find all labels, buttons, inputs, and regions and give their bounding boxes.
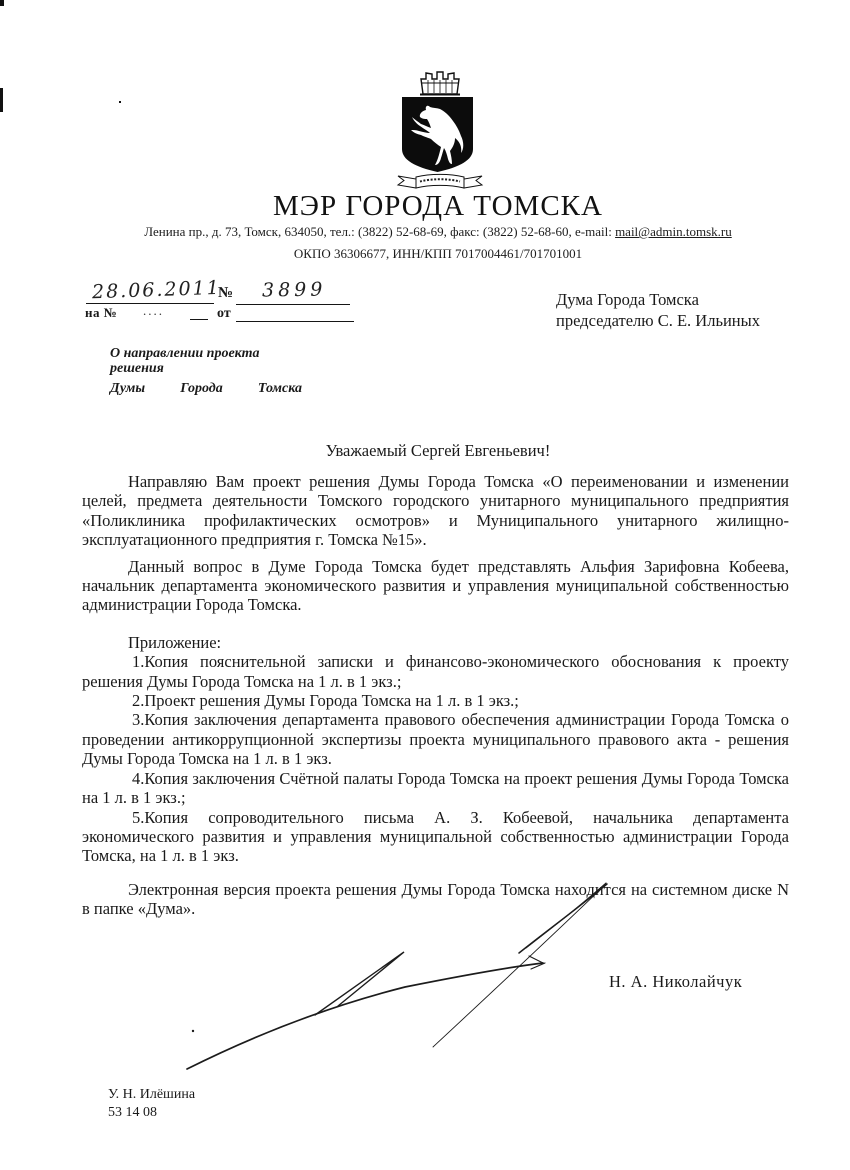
email-link[interactable]: mail@admin.tomsk.ru	[615, 224, 732, 239]
paragraph: Данный вопрос в Думе Города Томска будет…	[82, 557, 789, 615]
from-date-underline	[236, 321, 354, 322]
tomsk-coat-of-arms-icon	[390, 66, 490, 192]
from-date-label: от	[217, 306, 231, 322]
item-number: 2.	[107, 691, 144, 710]
scan-artifact	[0, 0, 4, 6]
dotted-placeholder: ....	[143, 303, 164, 319]
item-number: 5.	[107, 808, 144, 827]
item-text: Копия пояснительной записки и финансово-…	[82, 652, 789, 690]
reply-to-number-label: на №	[85, 305, 117, 321]
executor-name: У. Н. Илёшина	[108, 1086, 195, 1104]
scanned-letter-page: МЭР ГОРОДА ТОМСКА Ленина пр., д. 73, Том…	[0, 0, 850, 1170]
letter-body: Направляю Вам проект решения Думы Города…	[82, 472, 789, 919]
number-sign-label: №	[218, 285, 233, 302]
attachment-item: 2.Проект решения Думы Города Томска на 1…	[82, 691, 789, 710]
item-text: Копия заключения департамента правового …	[82, 710, 789, 768]
scan-artifact	[0, 88, 3, 112]
salutation: Уважаемый Сергей Евгеньевич!	[13, 441, 850, 461]
subject-word: Томска	[258, 381, 302, 396]
registration-codes: ОКПО 36306677, ИНН/КПП 7017004461/701701…	[13, 246, 850, 262]
subject-word: Думы	[110, 381, 145, 396]
executor-phone: 53 14 08	[108, 1104, 195, 1122]
attachments-label: Приложение:	[82, 633, 789, 652]
contact-line: Ленина пр., д. 73, Томск, 634050, тел.: …	[13, 224, 850, 240]
reply-number-underline	[190, 319, 208, 320]
attachment-item: 4.Копия заключения Счётной палаты Города…	[82, 769, 789, 808]
handwritten-outgoing-number: 3899	[262, 278, 327, 301]
item-text: Копия заключения Счётной палаты Города Т…	[82, 769, 789, 807]
subject-block: О направлении проекта решения Думы Город…	[110, 346, 307, 396]
recipient-block: Дума Города Томска председателю С. Е. Ил…	[556, 289, 760, 331]
item-text: Копия сопроводительного письма А. З. Коб…	[82, 808, 789, 866]
paragraph: Направляю Вам проект решения Думы Города…	[82, 472, 789, 550]
item-number: 3.	[107, 710, 144, 729]
attachment-item: 1.Копия пояснительной записки и финансов…	[82, 652, 789, 691]
handwritten-date: 28.06.2011	[92, 277, 221, 303]
subject-line1: О направлении проекта решения	[110, 346, 307, 376]
item-number: 4.	[107, 769, 144, 788]
paragraph: Электронная версия проекта решения Думы …	[82, 880, 789, 919]
number-underline	[236, 304, 350, 305]
scan-artifact	[119, 101, 121, 103]
executor-block: У. Н. Илёшина 53 14 08	[108, 1086, 195, 1122]
attachment-item: 5.Копия сопроводительного письма А. З. К…	[82, 808, 789, 866]
subject-line2: Думы Города Томска	[110, 381, 302, 396]
organization-title: МЭР ГОРОДА ТОМСКА	[13, 190, 850, 223]
attachment-item: 3.Копия заключения департамента правовог…	[82, 710, 789, 768]
recipient-organization: Дума Города Томска	[556, 289, 760, 310]
address-text: Ленина пр., д. 73, Томск, 634050, тел.: …	[144, 224, 615, 239]
item-text: Проект решения Думы Города Томска на 1 л…	[144, 691, 519, 710]
item-number: 1.	[107, 652, 144, 671]
recipient-person: председателю С. Е. Ильиных	[556, 310, 760, 331]
signer-name: Н. А. Николайчук	[609, 972, 742, 992]
subject-word: Города	[180, 381, 223, 396]
